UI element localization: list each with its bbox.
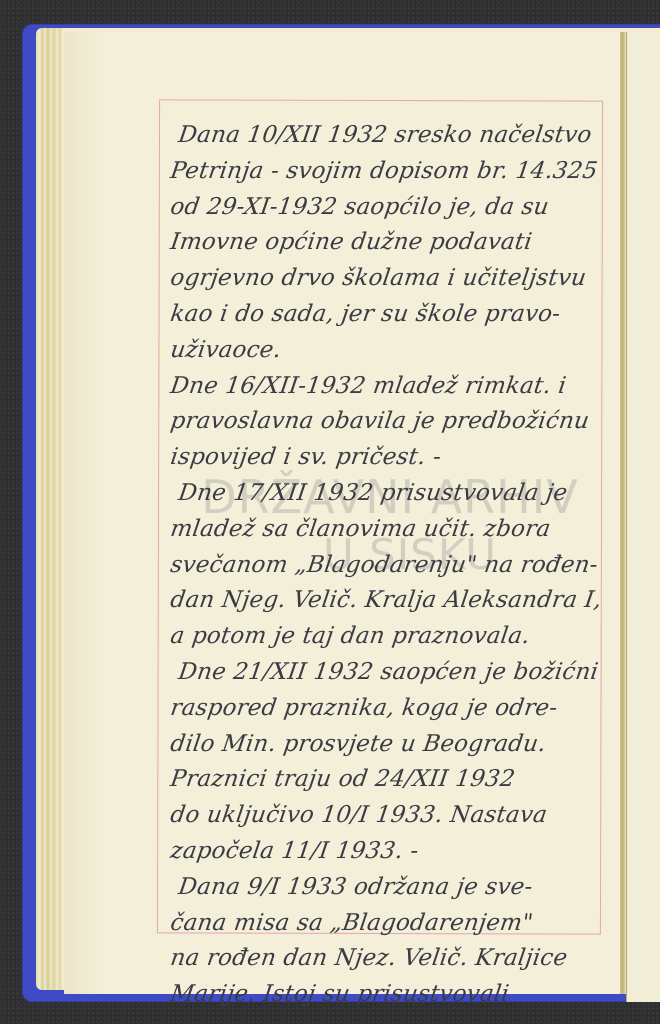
text-line: mladež sa članovima učit. zbora bbox=[168, 512, 603, 548]
text-line: Dne 16/XII-1932 mladež rimkat. i bbox=[168, 369, 603, 405]
text-line: svečanom „Blagodarenju" na rođen- bbox=[168, 548, 603, 584]
facing-page-edge bbox=[626, 32, 660, 1002]
entry-5: Dana 9/I 1933 održana je sve- čana misa … bbox=[168, 870, 598, 1013]
entry-4: Dne 21/XII 1932 saopćen je božićni raspo… bbox=[168, 655, 598, 870]
text-line: čana misa sa „Blagodarenjem" bbox=[168, 906, 603, 942]
text-line: Dne 21/XII 1932 saopćen je božićni bbox=[168, 655, 603, 691]
text-line: dan Njeg. Velič. Kralja Aleksandra I, bbox=[168, 583, 603, 619]
entry-1: Dana 10/XII 1932 sresko načelstvo Petrin… bbox=[168, 118, 598, 369]
text-line: započela 11/I 1933. - bbox=[168, 834, 603, 870]
text-line: uživaoce. bbox=[168, 333, 603, 369]
text-line: a potom je taj dan praznovala. bbox=[168, 619, 603, 655]
text-line: Dana 10/XII 1932 sresko načelstvo bbox=[168, 118, 603, 154]
entry-3: Dne 17/XII 1932 prisustvovala je mladež … bbox=[168, 476, 598, 655]
text-line: raspored praznika, koga je odre- bbox=[168, 691, 603, 727]
text-line: pravoslavna obavila je predbožićnu bbox=[168, 404, 603, 440]
text-line: Dana 9/I 1933 održana je sve- bbox=[168, 870, 603, 906]
text-line: do uključivo 10/I 1933. Nastava bbox=[168, 798, 603, 834]
text-line: Imovne općine dužne podavati bbox=[168, 225, 603, 261]
text-line: Petrinja - svojim dopisom br. 14.325 bbox=[168, 154, 603, 190]
entry-2: Dne 16/XII-1932 mladež rimkat. i pravosl… bbox=[168, 369, 598, 476]
text-line: Marije. Istoj su prisustvovali bbox=[168, 977, 603, 1013]
text-line: ogrjevno drvo školama i učiteljstvu bbox=[168, 261, 603, 297]
text-line: od 29-XI-1932 saopćilo je, da su bbox=[168, 190, 603, 226]
text-line: na rođen dan Njez. Velič. Kraljice bbox=[168, 941, 603, 977]
text-line: dilo Min. prosvjete u Beogradu. bbox=[168, 727, 603, 763]
text-line: Dne 17/XII 1932 prisustvovala je bbox=[168, 476, 603, 512]
text-line: kao i do sada, jer su škole pravo- bbox=[168, 297, 603, 333]
text-line: Praznici traju od 24/XII 1932 bbox=[168, 762, 603, 798]
text-line: ispovijed i sv. pričest. - bbox=[168, 440, 603, 476]
handwritten-text-block: Dana 10/XII 1932 sresko načelstvo Petrin… bbox=[168, 118, 598, 1013]
